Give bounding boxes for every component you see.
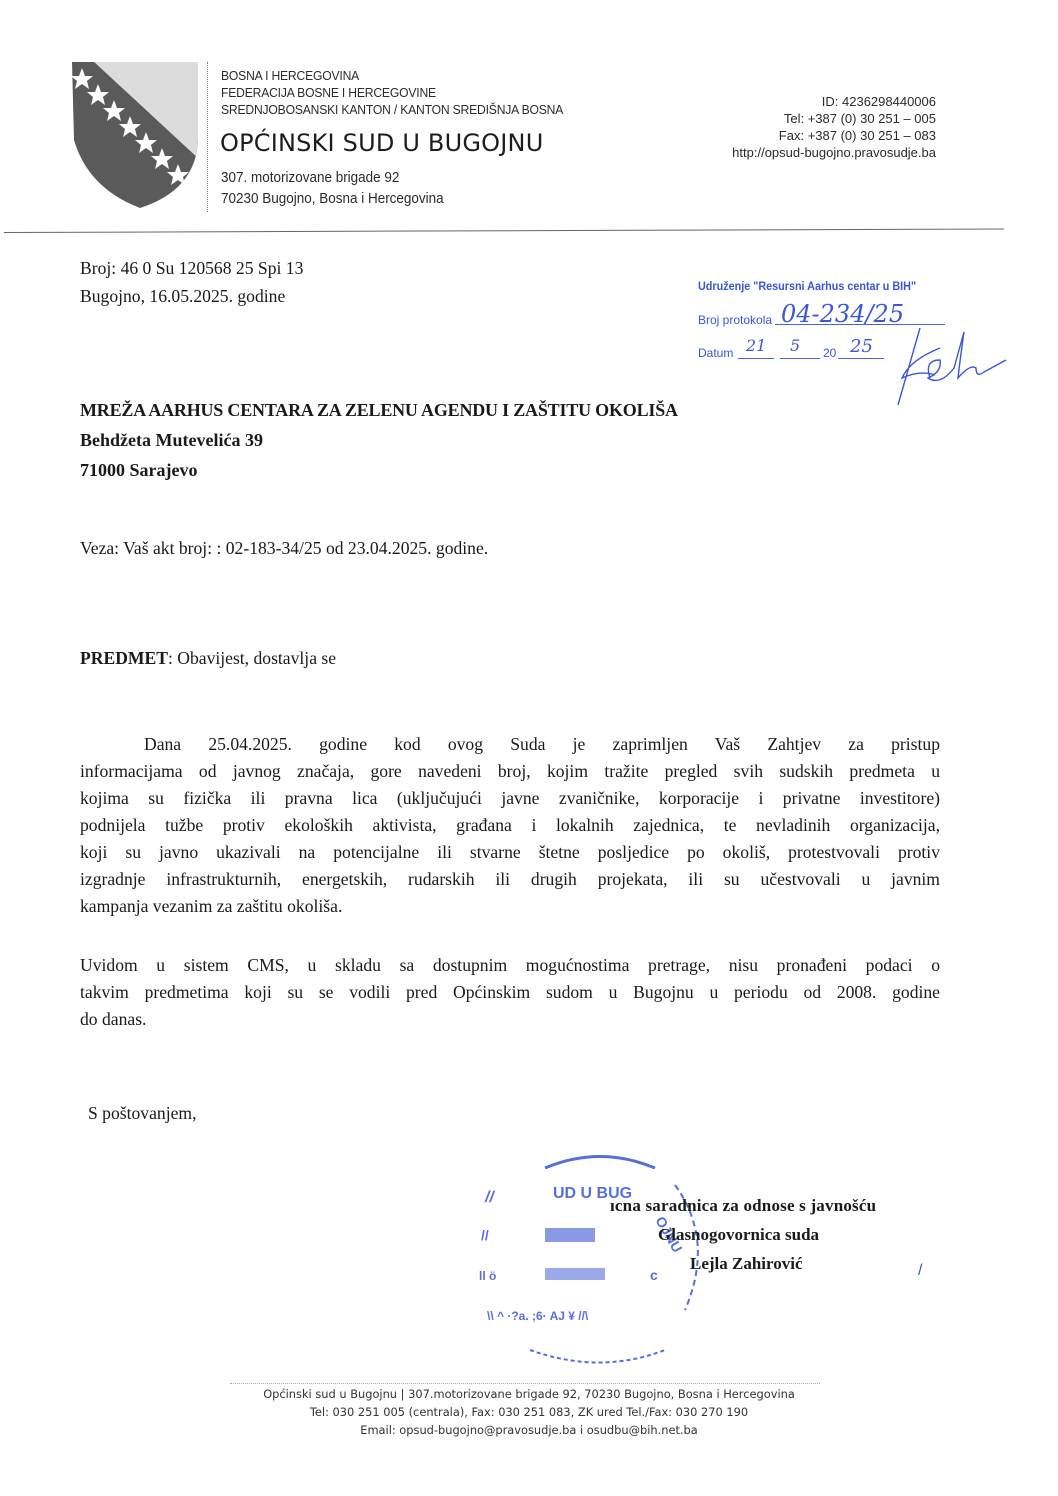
- body-line: Dana 25.04.2025. godine kod ovog Suda je…: [80, 731, 940, 758]
- court-fax: Fax: +387 (0) 30 251 – 083: [779, 128, 936, 145]
- receipt-date-year-prefix: 20: [823, 346, 836, 360]
- signatory-title: ıcna saradnica za odnose s javnošću: [610, 1196, 876, 1216]
- header-rule: [4, 229, 1004, 233]
- subject-label: PREDMET: [80, 648, 168, 668]
- receipt-date-day: 21: [746, 336, 766, 355]
- signature-stroke-icon: /: [918, 1262, 922, 1280]
- body-paragraph-2: Uvidom u sistem CMS, u skladu sa dostupn…: [80, 952, 940, 1033]
- recipient-street: Behdžeta Mutevelića 39: [80, 430, 263, 451]
- official-seal-icon: // UD U BUG OJNU // ll ö c \\ ^ ·?a. ;6·…: [475, 1140, 725, 1380]
- reference-place-date: Bugojno, 16.05.2025. godine: [80, 286, 285, 307]
- reference-link: Veza: Vaš akt broj: : 02-183-34/25 od 23…: [80, 538, 488, 559]
- receipt-date-month-field: 5: [780, 336, 820, 359]
- body-line: izgradnje infrastrukturnih, energetskih,…: [80, 866, 940, 893]
- receipt-date-month: 5: [790, 336, 800, 355]
- receipt-date-year: 25: [850, 336, 873, 357]
- receipt-stamp-org: Udruženje "Resursni Aarhus centar u BIH": [698, 279, 916, 293]
- receipt-protocol-label: Broj protokola: [698, 313, 772, 327]
- subject-text: : Obavijest, dostavlja se: [168, 648, 336, 668]
- footer-rule: [230, 1383, 820, 1384]
- handwritten-signature-icon: [880, 320, 1010, 410]
- svg-text:\\ ^ ·?a. ;6· AJ ¥ //\: \\ ^ ·?a. ;6· AJ ¥ //\: [487, 1309, 589, 1323]
- court-name: OPĆINSKI SUD U BUGOJNU: [220, 129, 543, 157]
- body-line: kojima su fizička ili pravna lica (uklju…: [80, 785, 940, 812]
- closing-salutation: S poštovanjem,: [88, 1103, 197, 1124]
- body-line: informacijama od javnog značaja, gore na…: [80, 758, 940, 785]
- header-country: BOSNA I HERCEGOVINA: [221, 67, 359, 84]
- header-federation: FEDERACIJA BOSNE I HERCEGOVINE: [221, 84, 436, 101]
- footer-email[interactable]: Email: opsud-bugojno@pravosudje.ba i osu…: [0, 1421, 1058, 1439]
- footer-address: Općinski sud u Bugojnu | 307.motorizovan…: [0, 1385, 1058, 1403]
- signatory-role: Glasnogovornica suda: [658, 1225, 819, 1245]
- header-canton: SREDNJOBOSANSKI KANTON / KANTON SREDIŠNJ…: [221, 101, 563, 118]
- receipt-date-day-field: 21: [738, 336, 774, 359]
- footer-phones: Tel: 030 251 005 (centrala), Fax: 030 25…: [0, 1403, 1058, 1421]
- body-line: takvim predmetima koji su se vodili pred…: [80, 979, 940, 1006]
- court-address-line1: 307. motorizovane brigade 92: [221, 168, 399, 189]
- subject-line: PREDMET: Obavijest, dostavlja se: [80, 648, 336, 669]
- receipt-date-label: Datum: [698, 346, 733, 360]
- receipt-date-year-field: 25: [838, 336, 884, 359]
- court-website[interactable]: http://opsud-bugojno.pravosudje.ba: [732, 145, 936, 162]
- recipient-name: MREŽA AARHUS CENTARA ZA ZELENU AGENDU I …: [80, 400, 678, 421]
- body-line: koji su javno ukazivali na potencijalne …: [80, 839, 940, 866]
- body-line: podnijela tužbe protiv ekoloških aktivis…: [80, 812, 940, 839]
- body-paragraph-1: Dana 25.04.2025. godine kod ovog Suda je…: [80, 731, 940, 920]
- svg-text://: //: [484, 1189, 495, 1206]
- header-divider: [207, 62, 208, 212]
- body-line: kampanja vezanim za zaštitu okoliša.: [80, 893, 940, 920]
- reference-number: Broj: 46 0 Su 120568 25 Spi 13: [80, 258, 303, 279]
- body-line: do danas.: [80, 1006, 940, 1033]
- recipient-city: 71000 Sarajevo: [80, 460, 197, 481]
- signatory-name: Lejla Zahirović: [690, 1254, 803, 1274]
- svg-text://: //: [481, 1227, 489, 1243]
- body-line: Uvidom u sistem CMS, u skladu sa dostupn…: [80, 952, 940, 979]
- svg-text:ll ö: ll ö: [479, 1269, 496, 1283]
- court-address-line2: 70230 Bugojno, Bosna i Hercegovina: [221, 189, 444, 210]
- coat-of-arms-icon: [70, 60, 200, 210]
- court-tel: Tel: +387 (0) 30 251 – 005: [784, 111, 936, 128]
- court-id: ID: 4236298440006: [822, 94, 936, 111]
- svg-text:c: c: [650, 1267, 658, 1283]
